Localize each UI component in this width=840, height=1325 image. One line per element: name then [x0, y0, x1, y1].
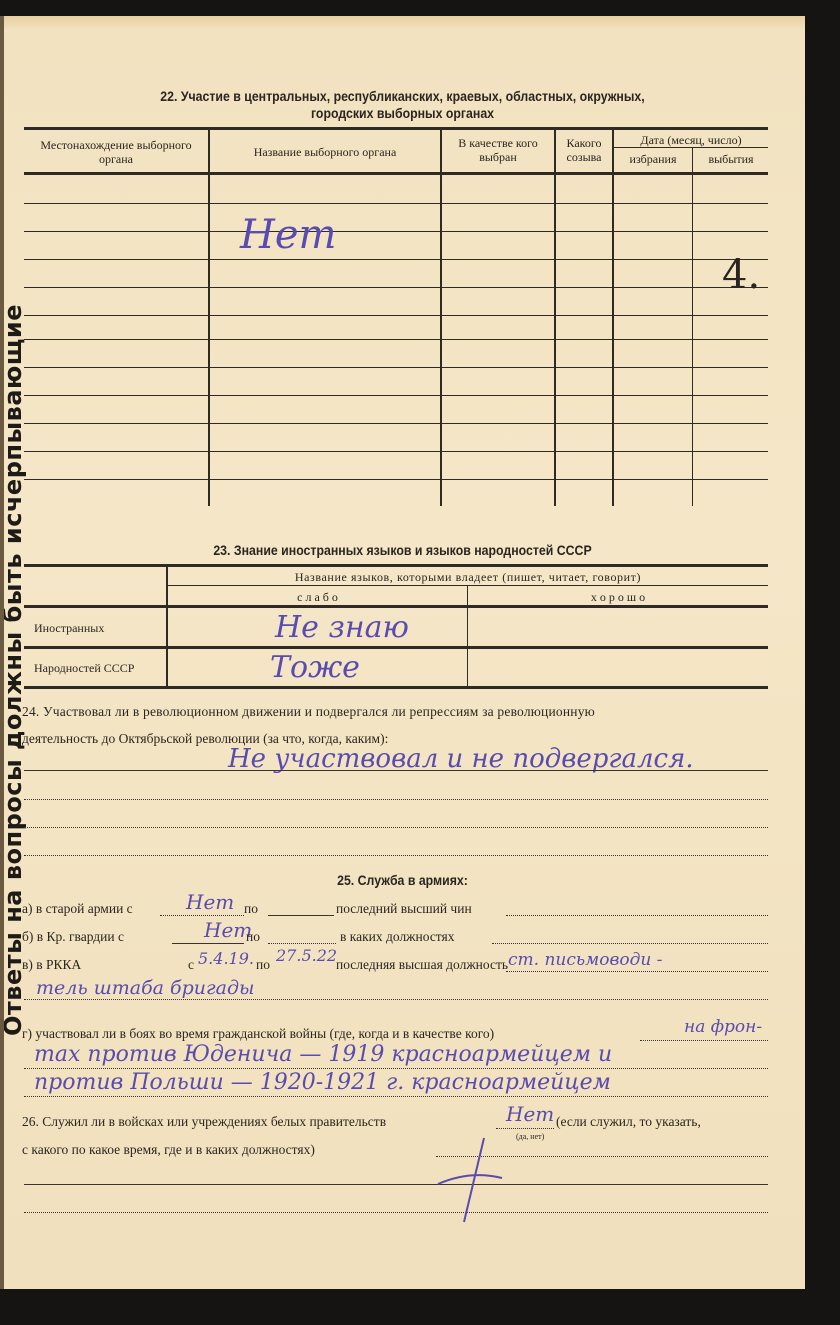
languages-header: Название языков, которыми владеет (пишет… [168, 570, 768, 584]
army-g-answer-line3: против Польши — 1920-1921 г. красноармей… [34, 1070, 611, 1095]
table-row [24, 451, 768, 452]
table-bottom-rule [24, 686, 768, 689]
army-a-from-line [160, 915, 244, 916]
table-top-rule [24, 564, 768, 567]
answer-line [24, 799, 768, 800]
table-row [24, 395, 768, 396]
army-a-label: а) в старой армии с [22, 901, 133, 917]
answer-line [24, 855, 768, 856]
subheader-rule [168, 585, 768, 586]
table-header-rule [24, 172, 768, 175]
army-v-position-line2: тель штаба бригады [36, 977, 255, 999]
army-a-from: Нет [186, 890, 234, 914]
army-v-position-line2-rule [24, 999, 768, 1000]
table-row [24, 287, 768, 288]
col-date-group: Дата (месяц, число) [614, 133, 768, 147]
table-row [24, 231, 768, 232]
table-top-rule [24, 127, 768, 130]
section24-question-line1: 24. Участвовал ли в революционном движен… [22, 704, 595, 720]
col-divider [208, 130, 210, 506]
section26-question-part2: (если служил, то указать, [556, 1114, 701, 1130]
col-divider [612, 130, 614, 506]
side-label: Ответы на вопросы должны быть исчерпываю… [0, 95, 27, 1245]
army-g-answer-line1: на фрон- [684, 1017, 762, 1037]
army-a-to-label: по [244, 901, 258, 917]
table-row [24, 479, 768, 480]
army-b-positions-line [492, 943, 768, 944]
row-label-foreign: Иностранных [34, 621, 104, 636]
col-location: Местонахождение выборного органа [24, 138, 208, 166]
army-v-from-label: с [188, 957, 194, 973]
table-row [24, 339, 768, 340]
col-as-whom: В качестве кого выбран [442, 136, 554, 164]
army-v-to-label: по [256, 957, 270, 973]
table-row [24, 367, 768, 368]
army-a-to-line [268, 915, 334, 916]
army-v-from: 5.4.19. [198, 949, 254, 968]
col-convocation: Какого созыва [556, 136, 612, 164]
army-b-from-line [172, 943, 244, 944]
section26-line [24, 1212, 768, 1213]
army-v-position-line [506, 971, 768, 972]
foreign-weak-value: Не знаю [275, 610, 409, 645]
col-divider [166, 567, 168, 686]
army-v-position-label: последняя высшая должность [336, 957, 508, 973]
row-rule [24, 646, 768, 649]
col-weak: с л а б о [168, 590, 467, 604]
army-g-rule [24, 1068, 768, 1069]
army-g-line [640, 1040, 768, 1041]
army-g-rule [24, 1096, 768, 1097]
ussr-weak-value: Тоже [270, 650, 360, 685]
army-b-positions-label: в каких должностях [340, 929, 455, 945]
table-row [24, 423, 768, 424]
section26-answer: Нет [506, 1102, 554, 1126]
army-b-label: б) в Кр. гвардии с [22, 929, 124, 945]
col-name: Название выборного органа [210, 145, 440, 159]
section26-hint: (да, нет) [516, 1132, 544, 1141]
section22-title-line2: городских выборных органах [48, 105, 756, 121]
section26-question-line2: с какого по какое время, где и в каких д… [22, 1142, 315, 1158]
answer-line [24, 770, 768, 771]
section26-line [24, 1184, 768, 1185]
army-g-label: г) участвовал ли в боях во время граждан… [22, 1026, 494, 1042]
section26-question-part1: 26. Служил ли в войсках или учреждениях … [22, 1114, 386, 1130]
army-a-rank-line [506, 915, 768, 916]
page-left-edge [0, 16, 4, 1289]
section23-title: 23. Знание иностранных языков и языков н… [48, 542, 756, 558]
col-divider [554, 130, 556, 506]
army-g-answer-line2: тах против Юденича — 1919 красноармейцем… [34, 1042, 612, 1067]
table-row [24, 203, 768, 204]
answer-line [24, 827, 768, 828]
handwritten-mark-22: 4. [722, 252, 760, 298]
row-label-ussr: Народностей СССР [34, 661, 134, 676]
army-b-to-label: по [246, 929, 260, 945]
col-good: х о р о ш о [468, 590, 768, 604]
table-row [24, 259, 768, 260]
col-divider [440, 130, 442, 506]
table-header-rule [24, 605, 768, 608]
col-divider [692, 147, 693, 506]
section26-answer-line [496, 1128, 554, 1129]
form-page: Ответы на вопросы должны быть исчерпываю… [0, 16, 805, 1289]
army-v-label: в) в РККА [22, 957, 81, 973]
strike-mark [430, 1136, 510, 1226]
col-date-left: выбытия [694, 152, 768, 166]
section25-title: 25. Служба в армиях: [48, 872, 756, 888]
date-subheader-rule [613, 147, 768, 148]
army-v-to: 27.5.22 [276, 946, 337, 965]
army-b-to-line [268, 943, 336, 944]
army-a-rank-label: последний высший чин [336, 901, 472, 917]
table-row [24, 315, 768, 316]
section22-title-line1: 22. Участие в центральных, республиканск… [48, 88, 756, 104]
handwritten-answer-22: Нет [240, 212, 336, 258]
army-v-position-line1: ст. письмоводи - [508, 950, 662, 970]
col-date-elected: избрания [614, 152, 692, 166]
army-b-from: Нет [204, 918, 252, 942]
side-margin: Ответы на вопросы должны быть исчерпываю… [0, 16, 28, 1289]
